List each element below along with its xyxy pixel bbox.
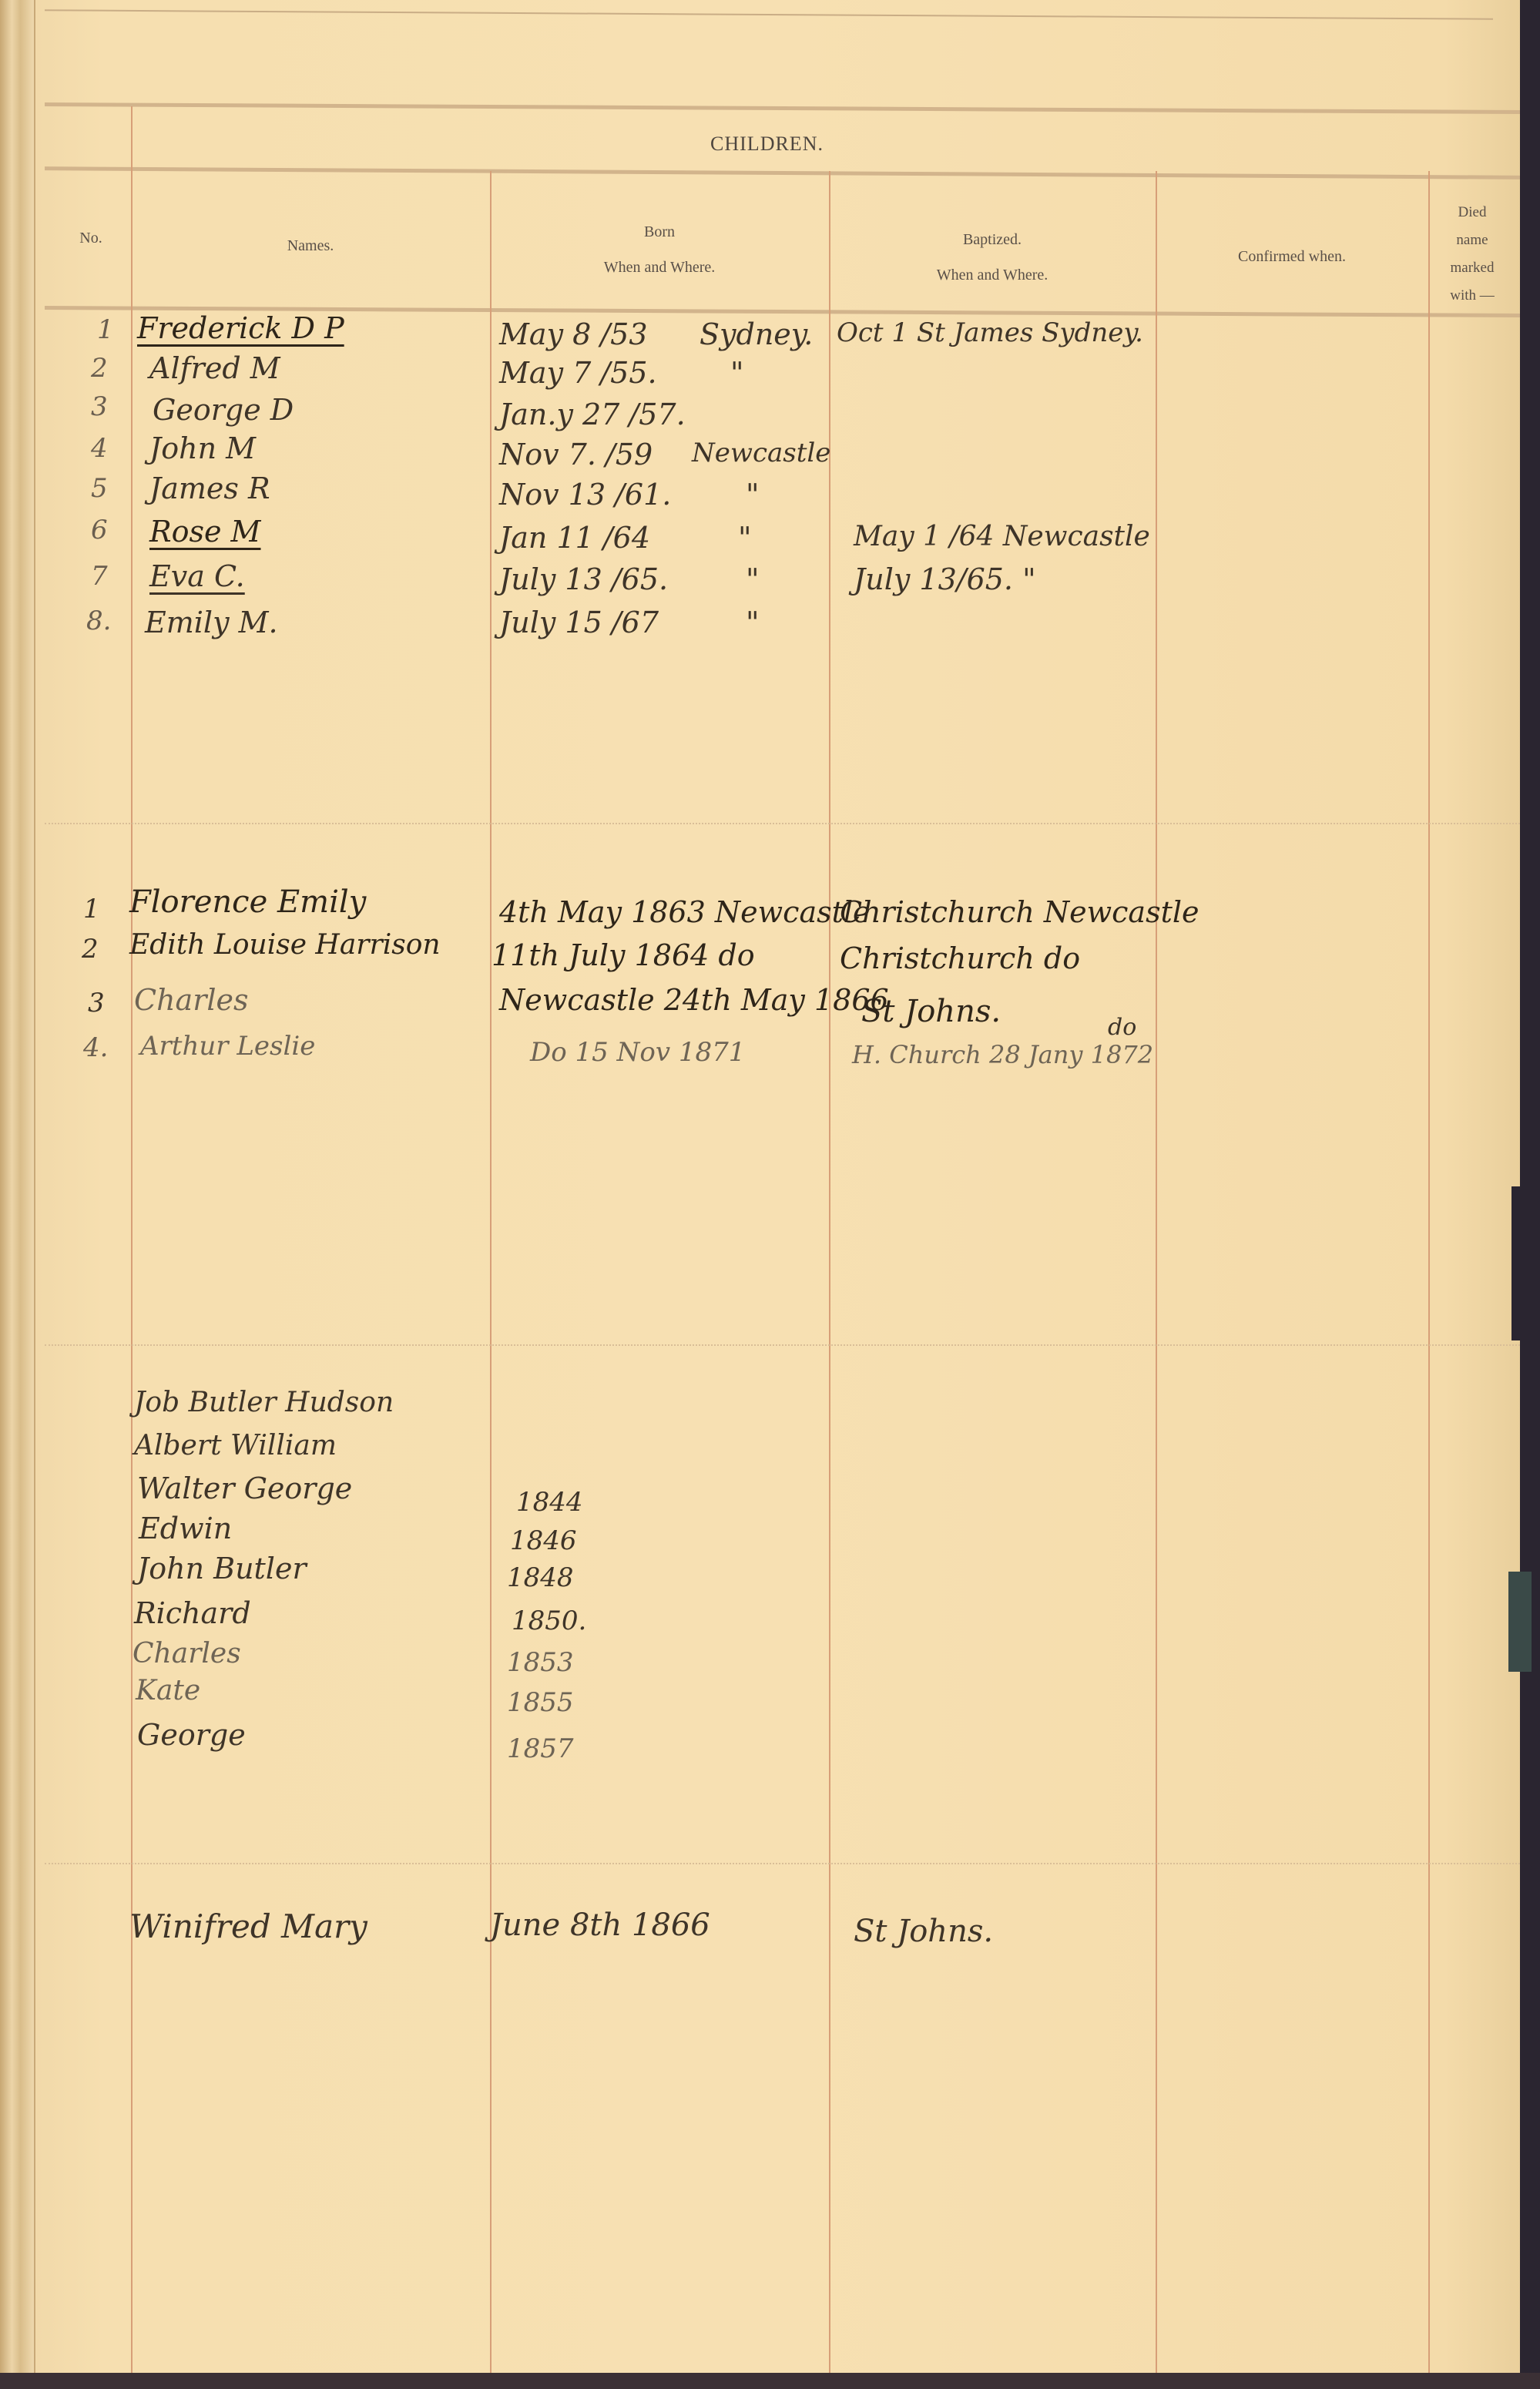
entry-born: 1848	[507, 1562, 574, 1593]
header-born: Born When and Where.	[492, 214, 827, 285]
col-divider-names	[490, 171, 492, 2373]
entry-baptized: Oct 1 St James Sydney.	[837, 317, 1143, 348]
entry-born: Do 15 Nov 1871	[530, 1037, 745, 1068]
entry-name: Charles	[133, 1638, 241, 1669]
entry-name: Alfred M	[149, 351, 280, 385]
section-separator-2	[45, 1344, 1520, 1346]
entry-number: 4.	[83, 1032, 108, 1063]
header-confirmed: Confirmed when.	[1157, 242, 1427, 271]
entry-name: Rose M	[149, 515, 260, 549]
section-title: CHILDREN.	[14, 133, 1520, 156]
header-names: Names.	[133, 231, 488, 260]
entry-number: 1	[97, 314, 114, 345]
entry-number: 3	[91, 391, 108, 422]
entry-name: Charles	[134, 983, 249, 1017]
entry-born-place: Sydney.	[700, 317, 813, 351]
entry-born: 1846	[510, 1525, 577, 1556]
entry-name: George	[137, 1718, 246, 1752]
header-no: No.	[52, 223, 129, 253]
entry-born-date: Nov 7. /59	[499, 438, 653, 471]
entry-name: Edith Louise Harrison	[129, 929, 441, 961]
section-separator-1	[45, 823, 1520, 824]
entry-born: 1857	[507, 1733, 574, 1764]
entry-born-date: May 8 /53	[499, 317, 648, 351]
entry-born-place: "	[730, 356, 743, 390]
entry-name: Frederick D P	[137, 311, 344, 345]
page-bottom-edge	[0, 2373, 1540, 2389]
entry-number: 2	[91, 353, 108, 384]
entry-number: 2	[82, 934, 99, 965]
col-divider-born	[829, 171, 830, 2373]
header-top-rule	[45, 102, 1520, 114]
col-divider-confirmed	[1428, 171, 1430, 2373]
entry-born: June 8th 1866	[490, 1908, 710, 1943]
entry-baptized: H. Church 28 Jany 1872	[852, 1040, 1153, 1069]
entry-born-date: May 7 /55.	[499, 356, 657, 390]
entry-baptized-note: do	[1108, 1014, 1136, 1041]
col-divider-baptized	[1156, 171, 1157, 2373]
section-separator-3	[45, 1863, 1520, 1864]
entry-born: 1850.	[512, 1606, 586, 1636]
col-divider-no	[131, 106, 133, 2373]
entry-born: 4th May 1863 Newcastle	[499, 895, 871, 929]
entry-baptized: July 13/65. "	[854, 562, 1036, 596]
entry-number: 7	[91, 561, 108, 592]
header-died: Died name marked with —	[1430, 199, 1515, 310]
header-subrule	[45, 166, 1520, 180]
entry-born-place: "	[746, 562, 759, 596]
entry-born-place: "	[746, 606, 759, 639]
entry-name: John M	[149, 431, 256, 465]
entry-number: 1	[83, 894, 100, 924]
entry-name: Emily M.	[145, 606, 278, 639]
book-binding-edge	[0, 0, 35, 2389]
entry-number: 4	[91, 433, 108, 464]
entry-born: 1855	[507, 1687, 574, 1718]
entry-born-date: July 15 /67	[499, 606, 659, 639]
entry-name: Job Butler Hudson	[134, 1387, 394, 1418]
entry-born: 11th July 1864 do	[492, 938, 755, 972]
torn-edge	[1508, 1572, 1532, 1672]
entry-name: John Butler	[137, 1552, 307, 1585]
entry-name: Kate	[136, 1675, 200, 1706]
torn-edge	[1511, 1186, 1527, 1340]
entry-born-date: July 13 /65.	[499, 562, 668, 596]
entry-baptized: St Johns.	[854, 1914, 993, 1949]
entry-born: 1853	[507, 1647, 574, 1678]
entry-baptized: Christchurch Newcastle	[840, 895, 1199, 929]
top-rule	[45, 9, 1493, 19]
entry-baptized: Christchurch do	[840, 941, 1080, 975]
entry-number: 8.	[86, 606, 111, 636]
entry-name: Albert William	[134, 1430, 337, 1461]
entry-name: Eva C.	[149, 559, 245, 593]
entry-baptized: May 1 /64 Newcastle	[854, 521, 1150, 552]
entry-born-place: Newcastle	[692, 438, 830, 468]
header-baptized: Baptized. When and Where.	[830, 222, 1154, 293]
entry-number: 6	[91, 515, 108, 545]
register-page: CHILDREN. No. Names. Born When and Where…	[14, 0, 1520, 2373]
entry-name: Florence Emily	[129, 884, 366, 920]
entry-name: Walter George	[137, 1471, 352, 1505]
entry-name: Edwin	[139, 1512, 232, 1545]
entry-born-date: Jan.y 27 /57.	[499, 398, 686, 431]
entry-name: Richard	[134, 1596, 251, 1630]
entry-born-place: "	[746, 478, 759, 512]
entry-number: 5	[91, 473, 108, 504]
entry-born-date: Jan 11 /64	[499, 521, 650, 555]
entry-number: 3	[88, 988, 105, 1018]
entry-name: Winifred Mary	[129, 1908, 367, 1945]
entry-name: Arthur Leslie	[140, 1031, 315, 1062]
entry-born: Newcastle 24th May 1866	[499, 983, 889, 1017]
entry-name: James R	[149, 471, 270, 505]
entry-baptized: St Johns.	[861, 994, 1001, 1029]
entry-born-date: Nov 13 /61.	[499, 478, 671, 512]
entry-name: George D	[153, 393, 294, 427]
entry-born: 1844	[516, 1487, 583, 1518]
entry-born-place: "	[738, 521, 751, 555]
